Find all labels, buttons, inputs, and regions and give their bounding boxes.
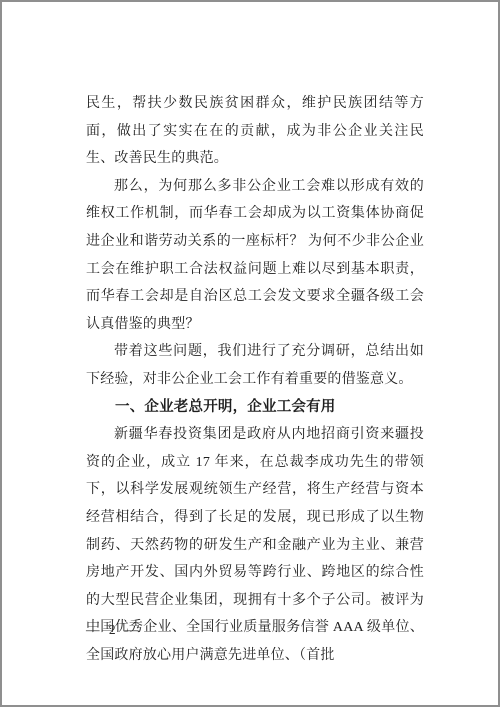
document-page: 民生，帮扶少数民族贫困群众，维护民族团结等方面，做出了实实在在的贡献，成为非公企…: [0, 0, 500, 707]
page-number: — 2 —: [86, 622, 142, 638]
document-body: 民生，帮扶少数民族贫困群众，维护民族团结等方面，做出了实实在在的贡献，成为非公企…: [86, 90, 424, 669]
section-heading: 一、企业老总开明，企业工会有用: [86, 394, 424, 422]
paragraph: 那么，为何那么多非公企业工会难以形成有效的维权工作机制，而华春工会却成为以工资集…: [86, 173, 424, 339]
paragraph-continuation: 民生，帮扶少数民族贫困群众，维护民族团结等方面，做出了实实在在的贡献，成为非公企…: [86, 90, 424, 173]
paragraph: 带着这些问题，我们进行了充分调研，总结出如下经验，对非公企业工会工作有着重要的借…: [86, 338, 424, 393]
